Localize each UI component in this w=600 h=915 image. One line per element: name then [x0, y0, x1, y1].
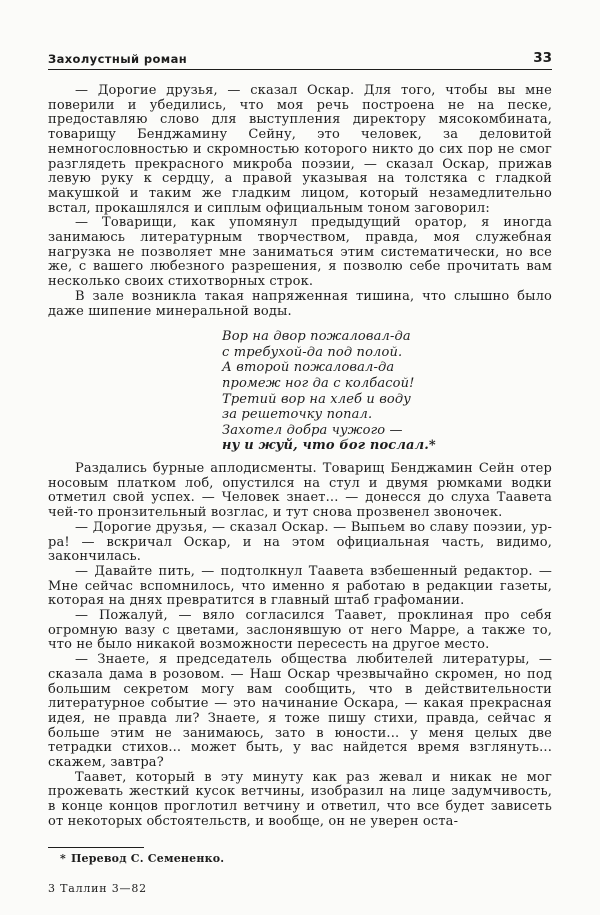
poem-line: промеж ног да с колбасой! [222, 376, 552, 392]
page-header: Захолустный роман 33 [48, 50, 552, 70]
poem-line: за решеточку попал. [222, 407, 552, 423]
poem-line: Третий вор на хлеб и воду [222, 392, 552, 408]
poem-line: с требухой-да под полой. [222, 345, 552, 361]
poem-line: Захотел добра чужого — [222, 423, 552, 439]
page-number: 33 [533, 50, 552, 66]
poem-line-final: ну и жуй, что бог послал.* [222, 438, 552, 454]
paragraph-5: — Дорогие друзья, — сказал Оскар. — Выпь… [48, 521, 552, 565]
print-signature: 3 Таллин 3—82 [48, 882, 147, 895]
footnote-text: Перевод С. Семененко. [71, 852, 224, 865]
book-page: Захолустный роман 33 — Дорогие друзья, —… [0, 0, 600, 915]
footnote: *Перевод С. Семененко. [48, 852, 552, 865]
poem-line: А второй пожаловал-да [222, 360, 552, 376]
paragraph-9: Таавет, который в эту минуту как раз жев… [48, 771, 552, 830]
paragraph-1: — Дорогие друзья, — сказал Оскар. Для то… [48, 84, 552, 216]
running-title: Захолустный роман [48, 52, 187, 66]
paragraph-4: Раздались бурные аплодисменты. Товарищ Б… [48, 462, 552, 521]
footnote-separator [48, 847, 144, 848]
paragraph-3: В зале возникла такая напряженная тишина… [48, 290, 552, 319]
page-body: — Дорогие друзья, — сказал Оскар. Для то… [48, 84, 552, 844]
paragraph-8: — Знаете, я председатель общества любите… [48, 653, 552, 771]
paragraph-6: — Давайте пить, — подтолкнул Таавета взб… [48, 565, 552, 609]
paragraph-2: — Товарищи, как упомянул предыдущий орат… [48, 216, 552, 290]
paragraph-7: — Пожалуй, — вяло согласился Таавет, про… [48, 609, 552, 653]
poem-line: Вор на двор пожаловал-да [222, 329, 552, 345]
footnote-marker: * [60, 852, 66, 865]
poem-block: Вор на двор пожаловал-да с требухой-да п… [222, 329, 552, 454]
